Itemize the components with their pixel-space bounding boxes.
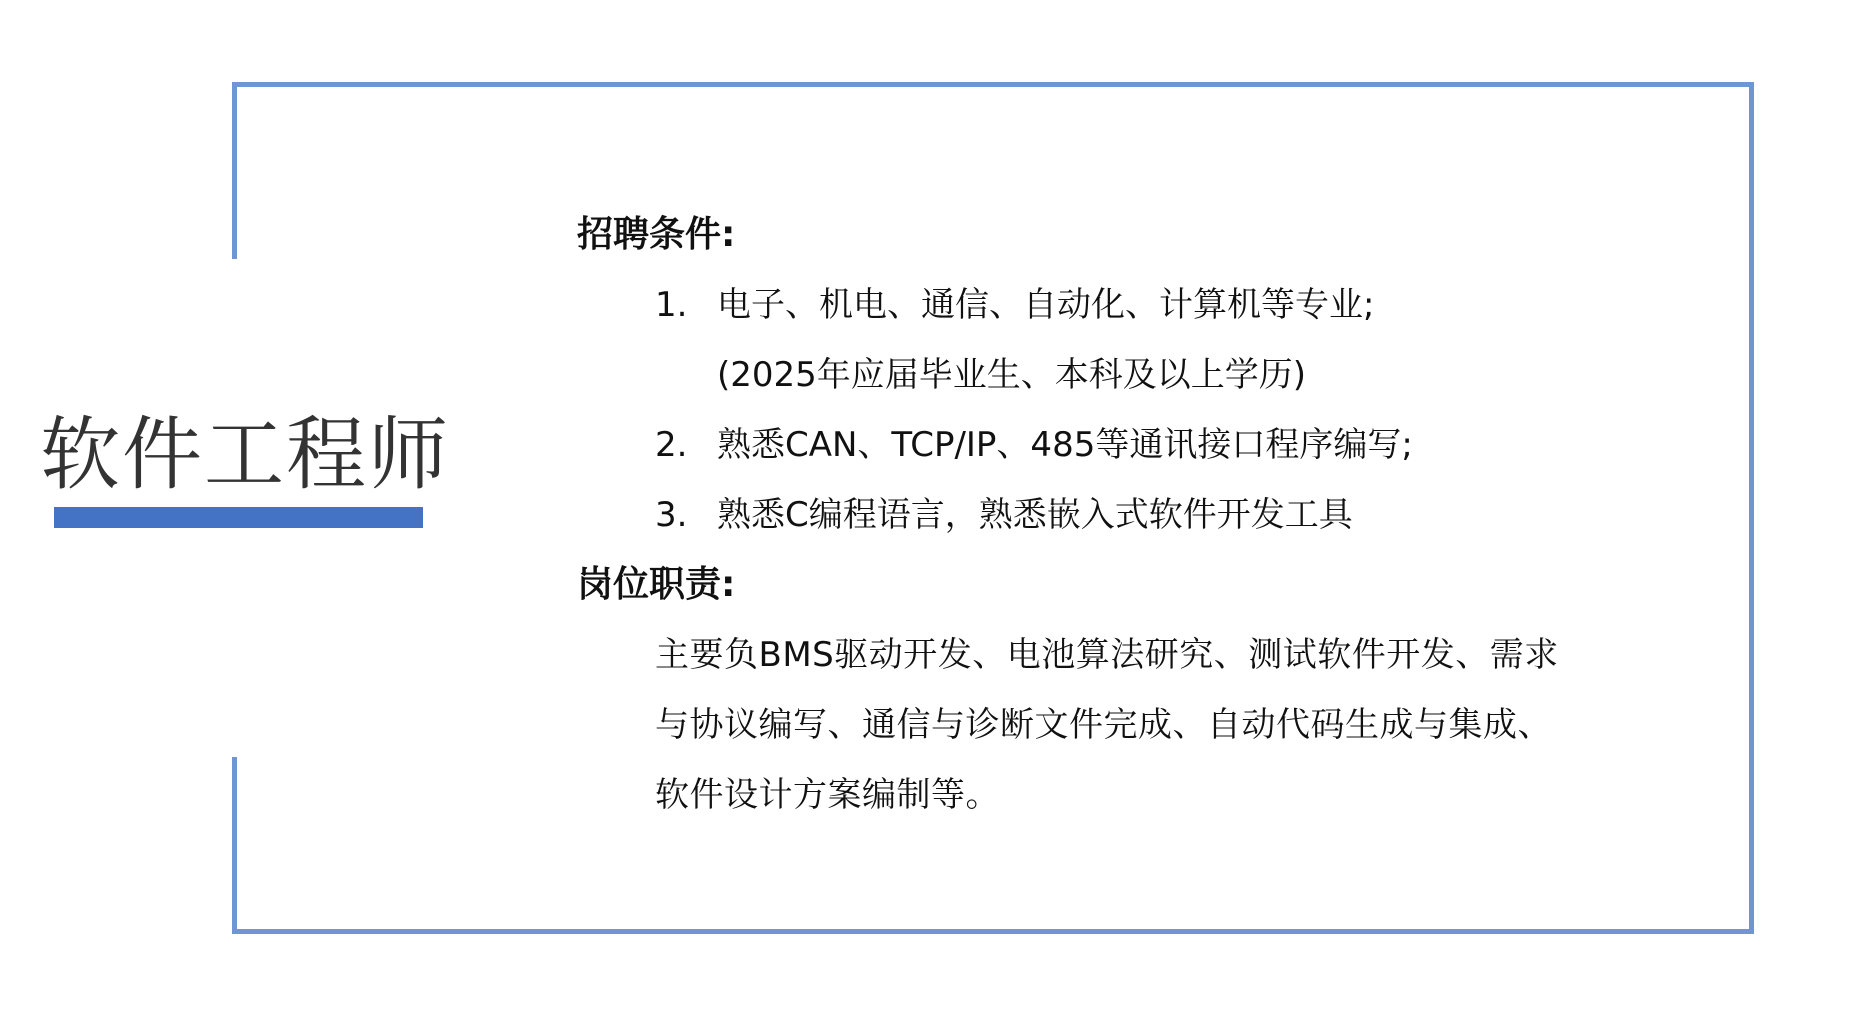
frame-border-top (232, 82, 1754, 87)
job-description: 招聘条件: 1. 电子、机电、通信、自动化、计算机等专业; (2025年应届毕业… (577, 200, 1717, 830)
duty-line: 主要负BMS驱动开发、电池算法研究、测试软件开发、需求 (655, 620, 1717, 690)
duty-line: 软件设计方案编制等。 (655, 760, 1717, 830)
requirements-heading: 招聘条件: (577, 200, 1717, 270)
frame-border-left-lower (232, 757, 237, 934)
duties-heading: 岗位职责: (577, 550, 1717, 620)
frame-border-bottom (232, 929, 1754, 934)
requirement-number: 3. (655, 480, 687, 550)
requirement-text: 电子、机电、通信、自动化、计算机等专业; (717, 285, 1374, 325)
frame-border-right (1749, 82, 1754, 934)
requirement-item: 1. 电子、机电、通信、自动化、计算机等专业; (2025年应届毕业生、本科及以… (577, 270, 1717, 410)
requirement-subtext: (2025年应届毕业生、本科及以上学历) (717, 340, 1717, 410)
requirement-text: 熟悉C编程语言，熟悉嵌入式软件开发工具 (717, 495, 1353, 535)
frame-border-left-upper (232, 82, 237, 259)
requirement-number: 2. (655, 410, 687, 480)
job-title: 软件工程师 (40, 405, 450, 505)
requirement-item: 3. 熟悉C编程语言，熟悉嵌入式软件开发工具 (577, 480, 1717, 550)
title-underline-bar (54, 507, 423, 528)
duties-paragraph: 主要负BMS驱动开发、电池算法研究、测试软件开发、需求 与协议编写、通信与诊断文… (577, 620, 1717, 830)
requirement-number: 1. (655, 270, 687, 340)
requirement-item: 2. 熟悉CAN、TCP/IP、485等通讯接口程序编写; (577, 410, 1717, 480)
requirement-text: 熟悉CAN、TCP/IP、485等通讯接口程序编写; (717, 425, 1413, 465)
duty-line: 与协议编写、通信与诊断文件完成、自动代码生成与集成、 (655, 690, 1717, 760)
requirements-list: 1. 电子、机电、通信、自动化、计算机等专业; (2025年应届毕业生、本科及以… (577, 270, 1717, 550)
